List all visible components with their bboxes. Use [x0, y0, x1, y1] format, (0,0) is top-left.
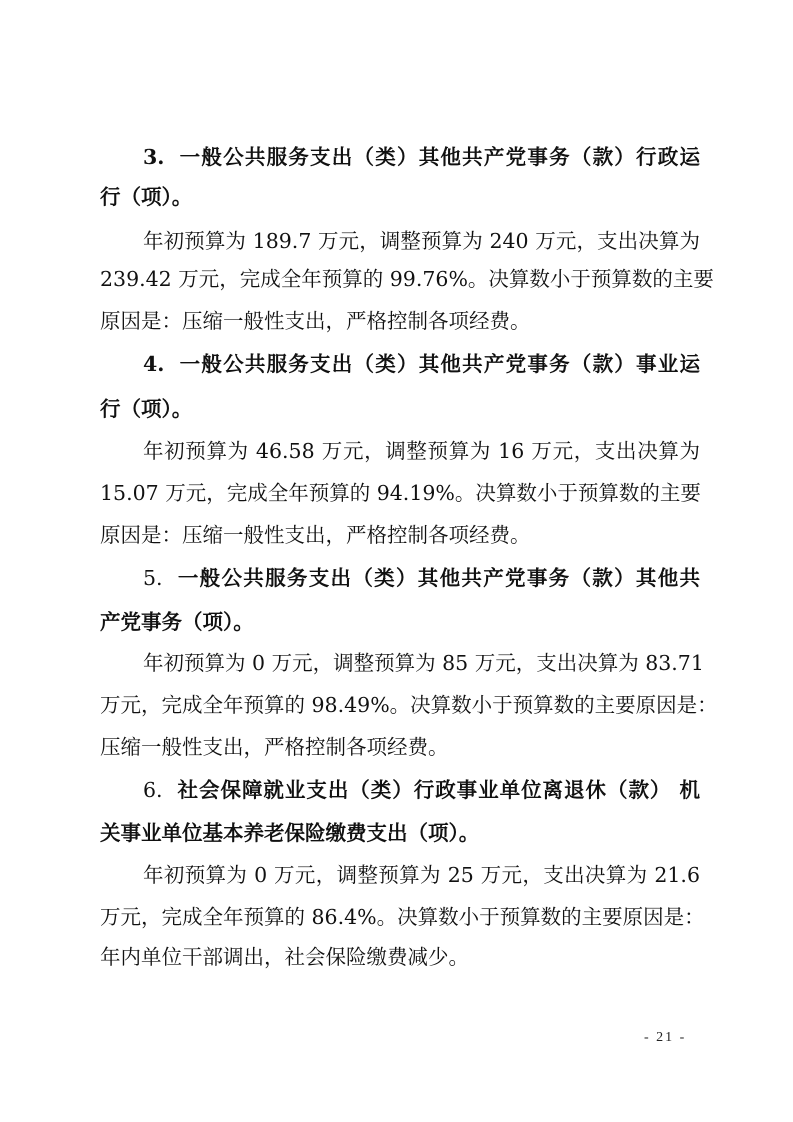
page-number: - 21 -: [644, 1030, 686, 1046]
section-number: 3.: [143, 145, 164, 169]
section-6-body-line: 年内单位干部调出，社会保险缴费减少。: [100, 937, 700, 977]
section-4-body-line: 年初预算为 46.58 万元，调整预算为 16 万元，支出决算为: [100, 431, 700, 471]
section-heading-text: 一般公共服务支出（类）其他共产党事务（款）事业运: [178, 352, 700, 376]
section-heading-text: 一般公共服务支出（类）其他共产党事务（款）其他共: [177, 566, 700, 590]
section-4-body-line: 原因是：压缩一般性支出，严格控制各项经费。: [100, 515, 700, 555]
section-5-body-line: 年初预算为 0 万元，调整预算为 85 万元，支出决算为 83.71: [100, 643, 700, 683]
section-5-body-line: 压缩一般性支出，严格控制各项经费。: [100, 727, 700, 767]
section-3-body-line: 原因是：压缩一般性支出，严格控制各项经费。: [100, 301, 700, 341]
section-3-heading: 3.一般公共服务支出（类）其他共产党事务（款）行政运: [100, 137, 700, 177]
section-6-body-line: 年初预算为 0 万元，调整预算为 25 万元，支出决算为 21.6: [100, 855, 700, 895]
section-heading-text: 一般公共服务支出（类）其他共产党事务（款）行政运: [178, 145, 700, 169]
section-3-body-line: 239.42 万元，完成全年预算的 99.76%。决算数小于预算数的主要: [100, 259, 700, 299]
section-number: 4.: [143, 352, 164, 376]
section-4-heading: 4.一般公共服务支出（类）其他共产党事务（款）事业运: [100, 344, 700, 384]
section-4-body-line: 15.07 万元，完成全年预算的 94.19%。决算数小于预算数的主要: [100, 473, 700, 513]
section-4-heading-cont: 行（项）。: [100, 389, 700, 429]
section-number: 5.: [143, 566, 163, 590]
section-3-body-line: 年初预算为 189.7 万元，调整预算为 240 万元，支出决算为: [100, 221, 700, 261]
section-heading-text: 社会保障就业支出（类）行政事业单位离退休（款） 机: [177, 778, 700, 802]
section-number: 6.: [143, 778, 163, 802]
section-3-heading-cont: 行（项）。: [100, 177, 700, 217]
section-5-heading-cont: 产党事务（项）。: [100, 602, 700, 642]
section-6-heading: 6.社会保障就业支出（类）行政事业单位离退休（款） 机: [100, 770, 700, 810]
section-6-heading-cont: 关事业单位基本养老保险缴费支出（项）。: [100, 813, 700, 853]
section-5-body-line: 万元，完成全年预算的 98.49%。决算数小于预算数的主要原因是：: [100, 685, 700, 725]
section-5-heading: 5.一般公共服务支出（类）其他共产党事务（款）其他共: [100, 558, 700, 598]
section-6-body-line: 万元，完成全年预算的 86.4%。决算数小于预算数的主要原因是：: [100, 897, 700, 937]
